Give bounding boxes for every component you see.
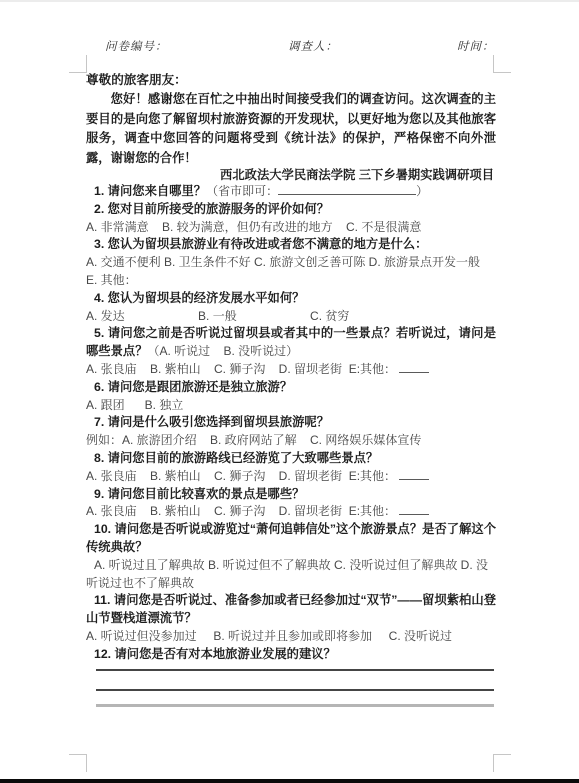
surveyor-field: 调查人： — [288, 38, 338, 54]
page-top-edge — [0, 0, 579, 2]
salutation: 尊敬的旅客朋友： — [86, 71, 496, 90]
question-10-options: A. 听说过且了解典故 B. 听说过但不了解典故 C. 没听说过但了解典故 D.… — [86, 557, 496, 593]
question-1-title: 1. 请问您来自哪里？ — [94, 184, 206, 198]
question-3: 3. 您认为留坝县旅游业有待改进或者您不满意的地方是什么： — [86, 236, 496, 254]
question-1-note-close: ） — [416, 184, 428, 198]
question-2-options: A. 非常满意 B. 较为满意，但仍有改进的地方 C. 不是很满意 — [86, 219, 496, 237]
question-10: 10. 请问您是否听说或游览过“萧何追韩信处”这个旅游景点？是否了解这个传统典故… — [86, 521, 496, 557]
question-7-options: 例如：A. 旅游团介绍 B. 政府网站了解 C. 网络娱乐媒体宣传 — [86, 432, 496, 450]
intro-paragraph: 您好！感谢您在百忙之中抽出时间接受我们的调查访问。这次调查的主要目的是向您了解留… — [86, 90, 496, 168]
question-9-fill-in-blank[interactable] — [399, 503, 429, 515]
question-6: 6. 请问您是跟团旅游还是独立旅游？ — [86, 379, 496, 397]
time-field: 时间： — [457, 38, 495, 54]
question-8: 8. 请问您目前的旅游路线已经游览了大致哪些景点？ — [86, 450, 496, 468]
question-9: 9. 请问您目前比较喜欢的景点是哪些？ — [86, 486, 496, 504]
question-5-options: A. 张良庙 B. 紫柏山 C. 狮子沟 D. 留坝老街 E:其他： — [86, 361, 496, 379]
question-6-options: A. 跟团 B. 独立 — [86, 397, 496, 415]
answer-line-2[interactable] — [96, 689, 494, 691]
page-bottom-edge — [0, 779, 579, 783]
questionnaire-number-field: 问卷编号： — [105, 38, 168, 54]
question-1-fill-in-blank[interactable] — [278, 183, 416, 195]
question-1: 1. 请问您来自哪里？（省市即可：） — [86, 183, 496, 201]
answer-line-1[interactable] — [96, 669, 494, 671]
question-3-options: A. 交通不便利 B. 卫生条件不好 C. 旅游文创乏善可陈 D. 旅游景点开发… — [86, 254, 496, 272]
question-11: 11. 请问您是否听说过、准备参加或者已经参加过“双节”——留坝紫柏山登山节暨栈… — [86, 592, 496, 628]
question-4: 4. 您认为留坝县的经济发展水平如何？ — [86, 290, 496, 308]
question-5: 5. 请问您之前是否听说过留坝县或者其中的一些景点？若听说过，请问是哪些景点？（… — [86, 325, 496, 361]
question-12: 12. 请问您是否有对本地旅游业发展的建议？ — [86, 646, 496, 664]
text-boundary-mark-bottom-left — [69, 754, 87, 772]
question-list: 1. 请问您来自哪里？（省市即可：） 2. 您对目前所接受的旅游服务的评价如何？… — [86, 183, 496, 664]
question-5-fill-in-blank[interactable] — [399, 361, 429, 373]
answer-line-3[interactable] — [96, 704, 494, 707]
question-11-options: A. 听说过但没参加过 B. 听说过并且参加或即将参加 C. 没听说过 — [86, 628, 496, 646]
text-boundary-mark-bottom-right — [493, 754, 511, 772]
text-boundary-mark-top-left — [69, 55, 87, 73]
project-attribution: 西北政法大学民商法学院 三下乡暑期实践调研项目 — [86, 168, 496, 183]
question-7: 7. 请问是什么吸引您选择到留坝县旅游呢？ — [86, 414, 496, 432]
question-5-note: （A. 听说过 B. 没听说过） — [148, 344, 299, 358]
question-8-fill-in-blank[interactable] — [399, 468, 429, 480]
question-2: 2. 您对目前所接受的旅游服务的评价如何？ — [86, 201, 496, 219]
question-8-options: A. 张良庙 B. 紫柏山 C. 狮子沟 D. 留坝老街 E:其他： — [86, 468, 496, 486]
document-body: 尊敬的旅客朋友： 您好！感谢您在百忙之中抽出时间接受我们的调查访问。这次调查的主… — [86, 71, 496, 707]
question-3-option-other: E. 其他： — [86, 272, 496, 290]
question-4-options: A. 发达 B. 一般 C. 贫穷 — [86, 308, 496, 326]
question-9-options: A. 张良庙 B. 紫柏山 C. 狮子沟 D. 留坝老街 E:其他： — [86, 503, 496, 521]
question-1-note-open: （省市即可： — [206, 184, 278, 198]
